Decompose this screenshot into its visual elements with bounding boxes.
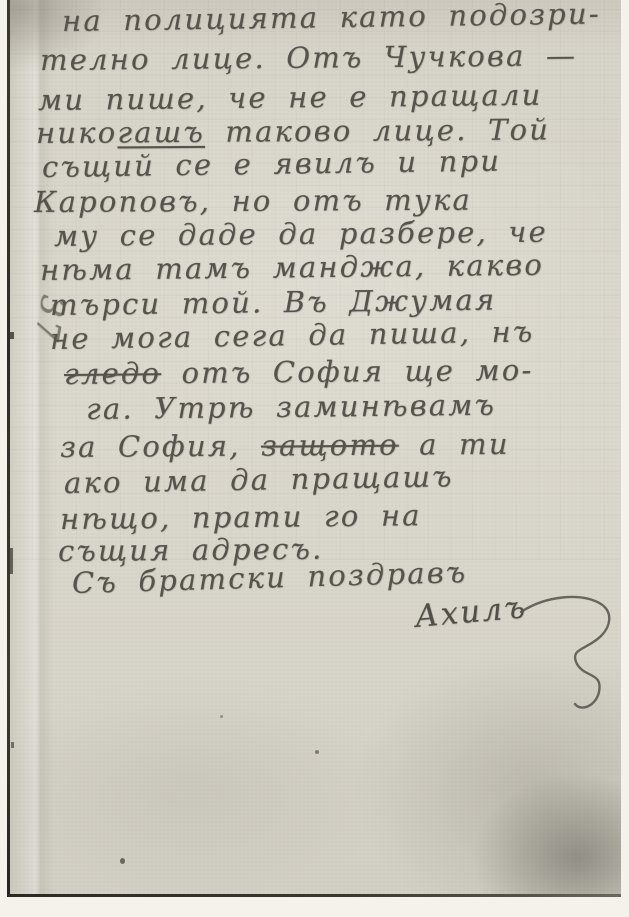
handwriting-text: на полицията като подозри-: [62, 0, 601, 38]
handwriting-text: същий се е явилъ и при: [42, 144, 502, 184]
handwriting-text: га. Утрѣ заминѣвамъ: [86, 388, 496, 426]
page-bottom-edge: [7, 894, 621, 897]
signature-flourish-stroke: [515, 592, 615, 714]
handwriting-line: телно лице. Отъ Чучкова —: [40, 38, 577, 77]
paper-speck: [120, 858, 125, 864]
underlined-word: гашъ: [117, 115, 205, 150]
handwriting-line: ми пише, че не е пращали: [38, 78, 543, 117]
handwriting-line: нѣщо, прати го на: [60, 498, 422, 536]
handwriting-line: га. Утрѣ заминѣвамъ: [86, 388, 496, 426]
handwriting-text: не мога сега да пиша, нъ: [50, 314, 535, 356]
handwriting-text: телно лице. Отъ Чучкова —: [40, 38, 577, 77]
handwriting-text: нико: [36, 115, 118, 150]
edge-mark: [11, 742, 14, 748]
letter-paper: 37 на полицията като подозри-телно лице.…: [10, 0, 621, 894]
handwriting-text: ми пише, че не е пращали: [38, 78, 543, 117]
handwriting-line: на полицията като подозри-: [62, 0, 601, 38]
handwriting-text: му се даде да разбере, че: [54, 215, 548, 253]
paper-speck: [315, 750, 319, 754]
handwriting-text: нѣма тамъ манджа, какво: [40, 248, 544, 287]
handwriting-line: същий се е явилъ и при: [42, 144, 502, 184]
handwriting-text: отъ София ще мо-: [161, 353, 534, 390]
handwriting-line: нѣма тамъ манджа, какво: [40, 248, 544, 287]
edge-mark: [10, 332, 14, 339]
paper-speck: [220, 715, 223, 718]
struck-out-word: защото: [261, 428, 399, 463]
handwriting-line: му се даде да разбере, че: [54, 215, 548, 253]
handwriting-line: Кароповъ, но отъ тука: [34, 183, 472, 219]
handwriting-line: ако има да пращашъ: [64, 459, 454, 500]
edge-mark: [10, 548, 13, 574]
handwriting-line: гледо отъ София ще мо-: [64, 353, 534, 391]
handwriting-text: а ти: [399, 427, 510, 462]
scanned-letter-page: 37 на полицията като подозри-телно лице.…: [0, 0, 629, 917]
handwriting-text: ако има да пращашъ: [64, 459, 454, 500]
signature: Ахилъ: [414, 590, 529, 634]
struck-out-word: гледо: [64, 356, 161, 391]
handwriting-text: Кароповъ, но отъ тука: [34, 183, 472, 219]
handwriting-text: нѣщо, прати го на: [60, 498, 422, 536]
handwriting-text: за София,: [60, 429, 261, 464]
handwriting-line: не мога сега да пиша, нъ: [50, 314, 535, 356]
